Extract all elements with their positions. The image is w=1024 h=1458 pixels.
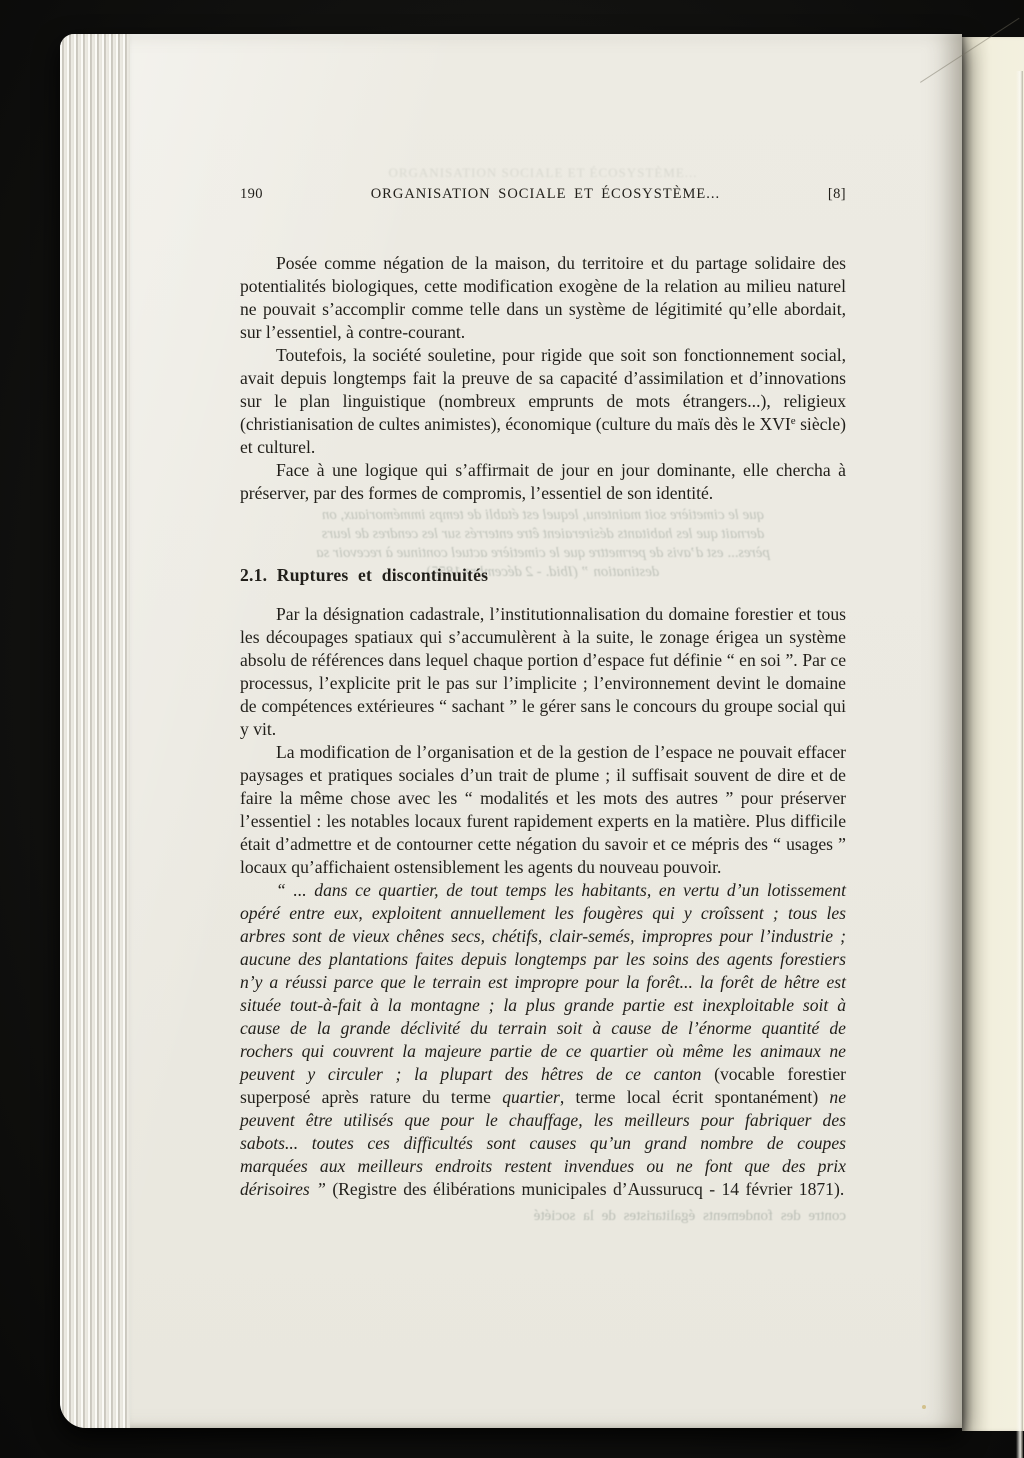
quote-roman-part-2: , terme local écrit spontanément) xyxy=(560,1087,830,1107)
paragraph-3: Face à une logique qui s’affirmait de jo… xyxy=(240,459,846,505)
page-header: 190 ORGANISATION SOCIALE ET ÉCOSYSTÈME..… xyxy=(240,186,846,203)
facing-page-edge xyxy=(962,37,1024,1431)
paragraph-4: Par la désignation cadastrale, l’institu… xyxy=(240,603,846,741)
quote-term: quartier xyxy=(502,1087,560,1107)
paragraph-1: Posée comme négation de la maison, du te… xyxy=(240,252,846,344)
paragraph-5: La modification de l’organisation et de … xyxy=(240,741,846,879)
quote-italic-part-1: “ ... dans ce quartier, de tout temps le… xyxy=(240,880,846,1084)
quote-paragraph: “ ... dans ce quartier, de tout temps le… xyxy=(240,879,846,1201)
book-page: ORGANISATION SOCIALE ET ÉCOSYSTÈME... 19… xyxy=(60,34,962,1428)
page-stack-edges xyxy=(60,34,138,1428)
page-number: 190 xyxy=(240,186,263,203)
scanned-book-photo: ORGANISATION SOCIALE ET ÉCOSYSTÈME... 19… xyxy=(0,0,1024,1458)
quote-citation: (Registre des élibérations municipales d… xyxy=(332,1179,844,1199)
paper-speck xyxy=(922,1405,926,1409)
paragraph-2-text: Toutefois, la société souletine, pour ri… xyxy=(240,345,846,434)
issue-number: [8] xyxy=(828,186,846,203)
block-quote: “ ... dans ce quartier, de tout temps le… xyxy=(240,879,846,1201)
running-title: ORGANISATION SOCIALE ET ÉCOSYSTÈME... xyxy=(371,186,720,203)
showthrough-bottom-line: contre des fondements égalitaristes de l… xyxy=(240,1205,846,1228)
section-heading: 2.1. Ruptures et discontinuités xyxy=(240,563,846,587)
body-text: Posée comme négation de la maison, du te… xyxy=(240,252,846,1228)
gutter-ridge xyxy=(1016,71,1023,1458)
paragraph-2: Toutefois, la société souletine, pour ri… xyxy=(240,344,846,459)
